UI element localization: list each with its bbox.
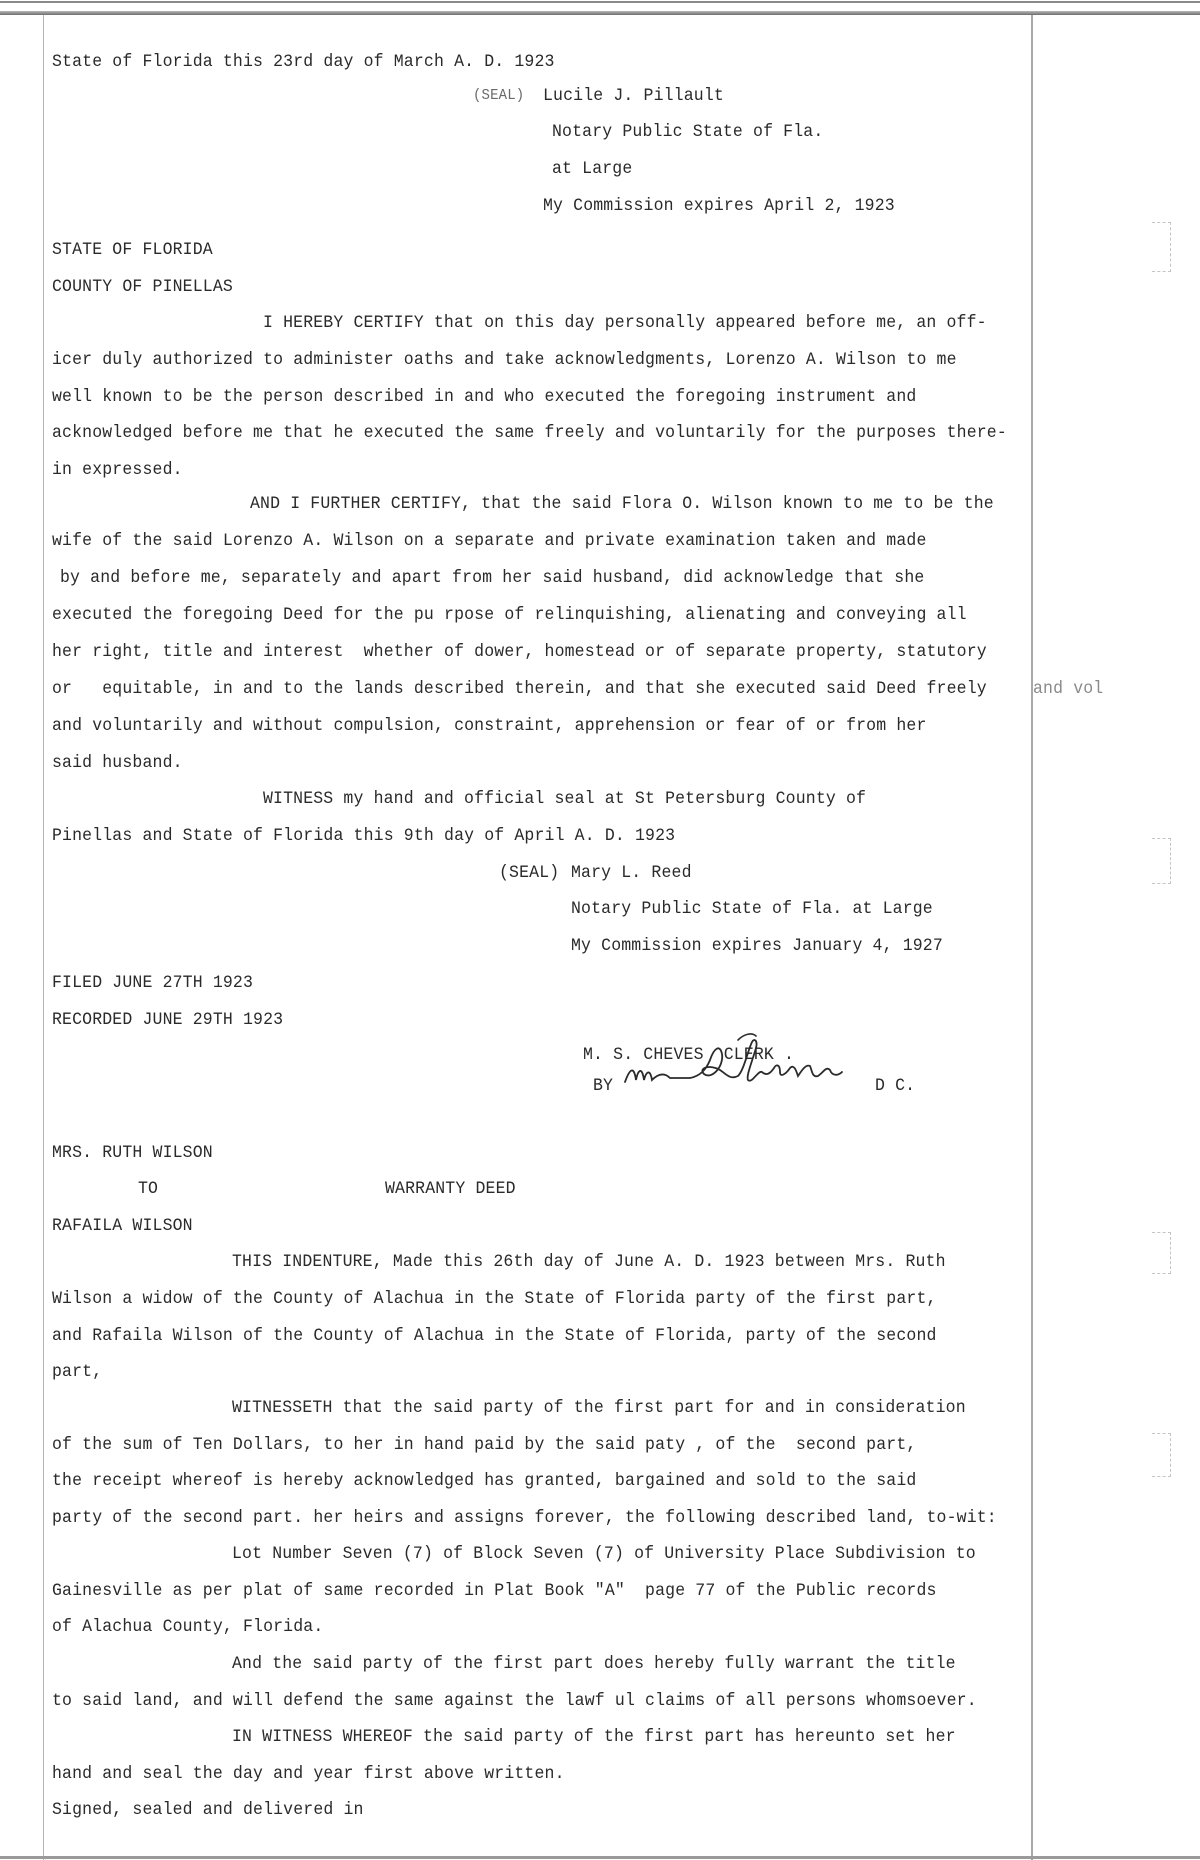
certificate-p2-line: her right, title and interest whether of… — [52, 641, 987, 663]
certificate-p2-line: or equitable, in and to the lands descri… — [52, 678, 987, 700]
deed-title: WARRANTY DEED — [385, 1178, 516, 1200]
deed-p2-line: the receipt whereof is hereby acknowledg… — [52, 1470, 916, 1492]
certificate-p2-line: by and before me, separately and apart f… — [60, 567, 924, 589]
deed-p2-line: WITNESSETH that the said party of the fi… — [232, 1397, 966, 1419]
notary-title: Notary Public State of Fla. at Large — [571, 898, 933, 920]
certificate-p2-line: AND I FURTHER CERTIFY, that the said Flo… — [250, 493, 994, 515]
recorded-date: RECORDED JUNE 29TH 1923 — [52, 1009, 283, 1031]
land-description-line: Gainesville as per plat of same recorded… — [52, 1580, 937, 1602]
margin-bracket-mark — [1152, 838, 1171, 884]
certificate-p2-line: wife of the said Lorenzo A. Wilson on a … — [52, 530, 927, 552]
page-top-rule — [0, 1, 1200, 3]
notary-commission: My Commission expires January 4, 1927 — [571, 935, 943, 957]
certificate-state: STATE OF FLORIDA — [52, 239, 213, 261]
deed-to-label: TO — [138, 1178, 158, 1200]
notary-title: Notary Public State of Fla. — [552, 121, 823, 143]
margin-bracket-mark — [1152, 222, 1171, 272]
seal-mark: (SEAL) — [473, 85, 524, 107]
notary-at-large: at Large — [552, 158, 632, 180]
deputy-clerk-signature — [620, 1030, 860, 1100]
certificate-p1-line: icer duly authorized to administer oaths… — [52, 349, 957, 371]
certificate-p1-line: in expressed. — [52, 459, 183, 481]
filed-date: FILED JUNE 27TH 1923 — [52, 972, 253, 994]
certificate-p1-line: acknowledged before me that he executed … — [52, 422, 1007, 444]
deed-p1-line: THIS INDENTURE, Made this 26th day of Ju… — [232, 1251, 946, 1273]
land-description-line: of Alachua County, Florida. — [52, 1616, 323, 1638]
grantor-name: MRS. RUTH WILSON — [52, 1142, 213, 1164]
deed-p2-line: party of the second part. her heirs and … — [52, 1507, 997, 1529]
notary-name: Lucile J. Pillault — [543, 85, 724, 107]
certificate-county: COUNTY OF PINELLAS — [52, 276, 233, 298]
certificate-p1-line: I HEREBY CERTIFY that on this day person… — [263, 312, 987, 334]
margin-overflow-text: and vol — [1033, 678, 1103, 700]
deed-p4-line: And the said party of the first part doe… — [232, 1653, 956, 1675]
certificate-witness-line: WITNESS my hand and official seal at St … — [263, 788, 866, 810]
seal-mark: (SEAL) — [499, 862, 559, 884]
deed-p4-line: to said land, and will defend the same a… — [52, 1690, 977, 1712]
margin-bracket-mark — [1152, 1433, 1171, 1477]
certificate-p2-line: said husband. — [52, 752, 183, 774]
margin-bracket-mark — [1152, 1232, 1171, 1274]
notary-name: Mary L. Reed — [571, 862, 692, 884]
land-description-line: Lot Number Seven (7) of Block Seven (7) … — [232, 1543, 976, 1565]
clerk-by-label: BY — [593, 1075, 613, 1097]
certificate-witness-line: Pinellas and State of Florida this 9th d… — [52, 825, 675, 847]
deed-p1-line: and Rafaila Wilson of the County of Alac… — [52, 1325, 937, 1347]
deputy-clerk-label: D C. — [875, 1075, 915, 1097]
certificate-p2-line: executed the foregoing Deed for the pu r… — [52, 604, 967, 626]
grantee-name: RAFAILA WILSON — [52, 1215, 193, 1237]
certificate-p1-line: well known to be the person described in… — [52, 386, 916, 408]
page-bottom-rule — [0, 1856, 1200, 1859]
notary-commission: My Commission expires April 2, 1923 — [543, 195, 895, 217]
deed-closing-line: Signed, sealed and delivered in — [52, 1799, 364, 1821]
deed-p5-line: hand and seal the day and year first abo… — [52, 1763, 565, 1785]
deed-p1-line: part, — [52, 1361, 102, 1383]
deed-p5-line: IN WITNESS WHEREOF the said party of the… — [232, 1726, 956, 1748]
page-top-rule-heavy — [0, 11, 1200, 15]
left-margin-border — [43, 15, 44, 1860]
certificate-p2-line: and voluntarily and without compulsion, … — [52, 715, 927, 737]
right-margin-border — [1031, 15, 1033, 1860]
deed-p1-line: Wilson a widow of the County of Alachua … — [52, 1288, 937, 1310]
deed-p2-line: of the sum of Ten Dollars, to her in han… — [52, 1434, 916, 1456]
notary-date-line: State of Florida this 23rd day of March … — [52, 51, 555, 73]
